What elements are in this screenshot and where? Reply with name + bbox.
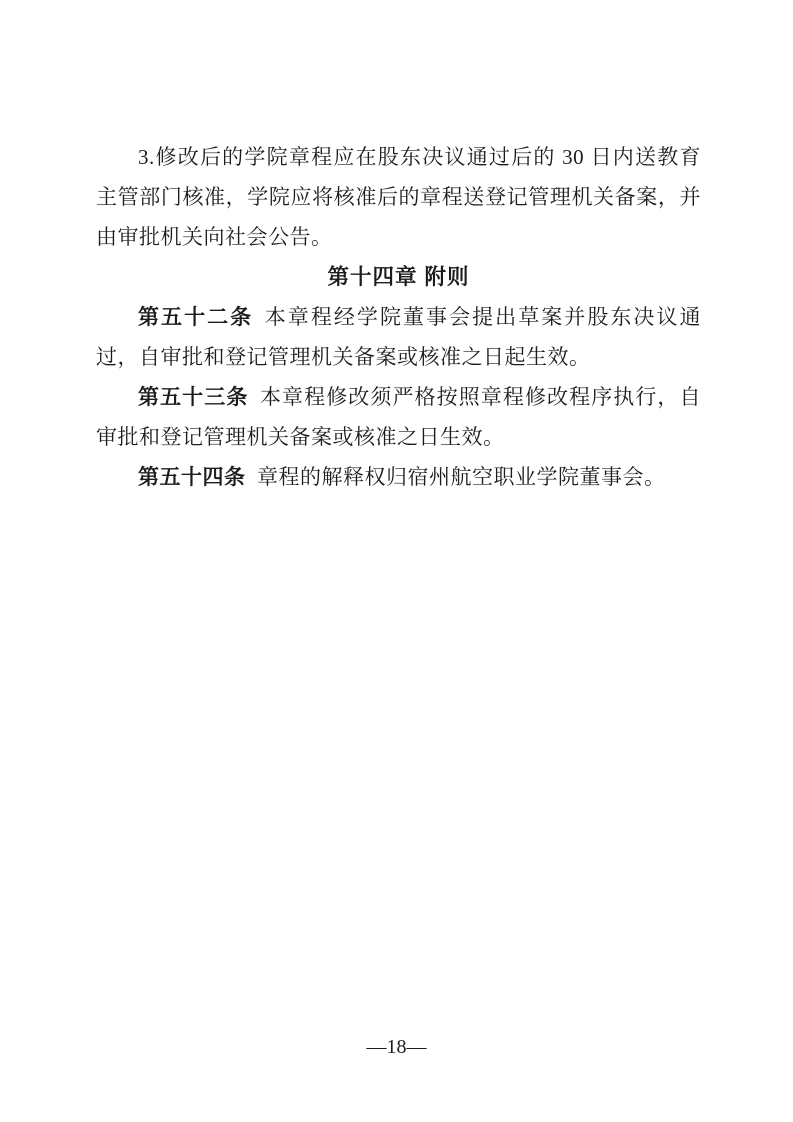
article-53-number: 第五十三条 bbox=[138, 385, 248, 409]
article-53: 第五十三条本章程修改须严格按照章程修改程序执行，自审批和登记管理机关备案或核准之… bbox=[96, 377, 701, 457]
chapter-heading: 第十四章 附则 bbox=[96, 257, 701, 297]
article-54: 第五十四条章程的解释权归宿州航空职业学院董事会。 bbox=[96, 457, 701, 497]
article-54-number: 第五十四条 bbox=[138, 465, 246, 489]
document-page: 3.修改后的学院章程应在股东决议通过后的 30 日内送教育主管部门核准，学院应将… bbox=[0, 0, 793, 1122]
article-54-text: 章程的解释权归宿州航空职业学院董事会。 bbox=[257, 465, 666, 489]
document-body: 3.修改后的学院章程应在股东决议通过后的 30 日内送教育主管部门核准，学院应将… bbox=[96, 137, 701, 497]
article-52-number: 第五十二条 bbox=[138, 305, 253, 329]
article-52: 第五十二条本章程经学院董事会提出草案并股东决议通过，自审批和登记管理机关备案或核… bbox=[96, 297, 701, 377]
intro-paragraph: 3.修改后的学院章程应在股东决议通过后的 30 日内送教育主管部门核准，学院应将… bbox=[96, 137, 701, 257]
page-number: —18— bbox=[0, 1035, 793, 1059]
